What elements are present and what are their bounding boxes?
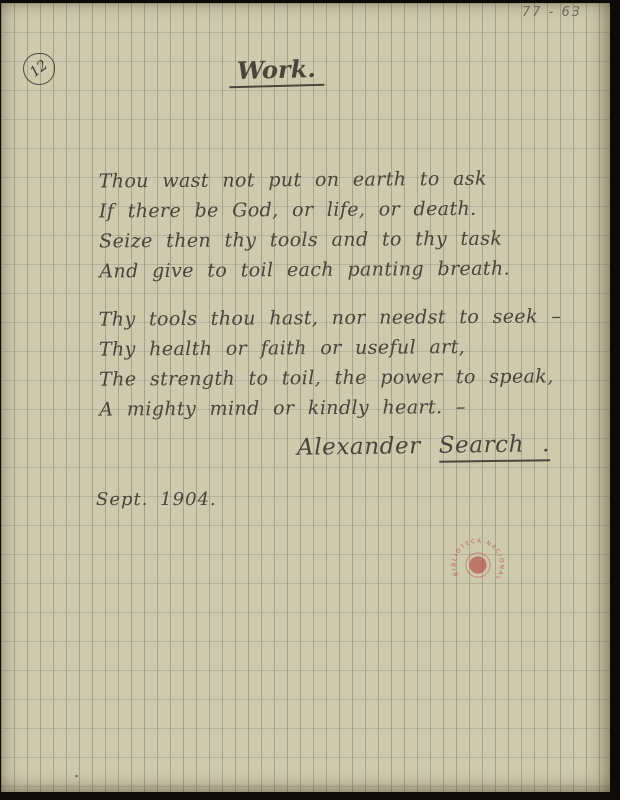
poem-line: Thou wast not put on earth to ask [99,164,510,197]
poem-line: The strength to toil, the power to speak… [99,361,562,394]
paper-speck [75,775,78,777]
poem-stanza-2: Thy tools thou hast, nor needst to seek … [99,301,562,424]
poem-line: If there be God, or life, or death. [99,194,510,227]
signature-last-name: Search . [439,431,551,463]
poem-line: Seize then thy tools and to thy task [99,224,510,257]
archive-code: 77 - 63 [522,5,582,20]
poem-title: Work. [229,54,324,88]
signature-first-name: Alexander [297,433,421,461]
manuscript-page: 77 - 63 12 Work. Thou wast not put on ea… [1,3,610,792]
signature: Alexander Search . [297,431,550,461]
poem-stanza-1: Thou wast not put on earth to ask If the… [99,164,511,287]
poem-line: A mighty mind or kindly heart. – [99,391,562,424]
date-line: Sept. 1904. [96,489,217,510]
poem-line: And give to toil each panting breath. [99,254,510,287]
page-number: 12 [27,57,51,81]
stamp-center-emblem [467,554,490,577]
library-stamp-icon: BIBLIOTECA NACIONAL [440,527,517,604]
poem-line: Thy tools thou hast, nor needst to seek … [99,301,562,334]
scan-frame: 77 - 63 12 Work. Thou wast not put on ea… [0,0,620,800]
poem-line: Thy health or faith or useful art, [99,331,562,364]
page-number-circle: 12 [23,53,55,85]
